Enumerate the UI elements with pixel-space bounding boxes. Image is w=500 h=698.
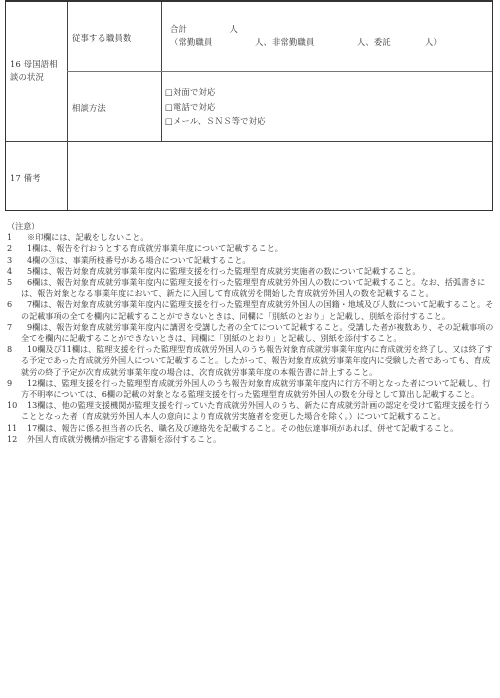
note-item: 3 4欄の③は、事業所枝番号がある場合について記載すること。 <box>5 255 495 266</box>
note-number: 7 <box>5 322 21 344</box>
note-number: 6 <box>5 299 21 321</box>
row-divider-16-sub <box>67 71 492 72</box>
row-divider-17 <box>6 141 492 142</box>
note-number: 4 <box>5 266 21 277</box>
col-divider-2 <box>161 2 162 142</box>
note-number: 3 <box>5 255 21 266</box>
note-item: 4 5欄は、報告対象育成就労事業年度内に監理支援を行った監理型育成就労実施者の数… <box>5 266 495 277</box>
checkbox-in-person[interactable]: □対面で対応 <box>165 85 266 100</box>
note-number: 1 <box>5 232 21 243</box>
report-table: 16 母国語相 談の状況 従事する職員数 合計 人 （常勤職員 人、非常勤職員 … <box>5 0 493 211</box>
staff-count-field[interactable]: 合計 人 （常勤職員 人、非常勤職員 人、委託 人） <box>170 23 442 49</box>
note-number: 11 <box>5 423 21 434</box>
staff-breakdown-line: （常勤職員 人、非常勤職員 人、委託 人） <box>170 36 442 49</box>
note-text: 1欄は、報告を行おうとする育成就労事業年度について記載すること。 <box>21 243 495 254</box>
note-number: 12 <box>5 434 21 445</box>
note-number: 2 <box>5 243 21 254</box>
col-divider-1 <box>67 2 68 210</box>
note-text: 13欄は、他の監理支援機関が監理支援を行っていた育成就労外国人のうち、新たに育成… <box>21 400 495 422</box>
note-item: 5 6欄は、報告対象育成就労事業年度内に監理支援を行った監理型育成就労外国人の数… <box>5 277 495 299</box>
notes-section: （注意） 1 ※印欄には、記載をしないこと。 2 1欄は、報告を行おうとする育成… <box>5 212 495 445</box>
note-item: 11 17欄は、報告に係る担当者の氏名、職名及び連絡先を記載すること。その他伝達… <box>5 423 495 434</box>
checkbox-email-sns[interactable]: □メール、ＳＮＳ等で対応 <box>165 114 266 129</box>
note-item: 7 9欄は、報告対象育成就労事業年度内に講習を受講した者の全てについて記載するこ… <box>5 322 495 344</box>
row16-label: 16 母国語相 談の状況 <box>10 58 58 84</box>
note-text: 9欄は、報告対象育成就労事業年度内に講習を受講した者の全てについて記載すること。… <box>21 322 495 344</box>
note-text: 17欄は、報告に係る担当者の氏名、職名及び連絡先を記載すること。その他伝達事項が… <box>21 423 495 434</box>
note-number: 10 <box>5 400 21 422</box>
note-text: 6欄は、報告対象育成就労事業年度内に監理支援を行った監理型育成就労外国人の数につ… <box>21 277 495 299</box>
note-text: 外国人育成就労機構が指定する書類を添付すること。 <box>21 434 495 445</box>
note-item: 2 1欄は、報告を行おうとする育成就労事業年度について記載すること。 <box>5 243 495 254</box>
staff-count-label: 従事する職員数 <box>72 32 131 45</box>
checkbox-phone[interactable]: □電話で対応 <box>165 100 266 115</box>
note-item: 10 13欄は、他の監理支援機関が監理支援を行っていた育成就労外国人のうち、新た… <box>5 400 495 422</box>
note-item: 9 12欄は、監理支援を行った監理型育成就労外国人のうち報告対象育成就労事業年度… <box>5 378 495 400</box>
note-text: 12欄は、監理支援を行った監理型育成就労外国人のうち報告対象育成就労事業年度内に… <box>21 378 495 400</box>
note-item: 1 ※印欄には、記載をしないこと。 <box>5 232 495 243</box>
row17-label: 17 備考 <box>10 172 41 185</box>
staff-total-line: 合計 人 <box>170 23 442 36</box>
note-text: ※印欄には、記載をしないこと。 <box>21 232 495 243</box>
remarks-field[interactable] <box>69 143 490 209</box>
note-text: 10欄及び11欄は、監理支援を行った監理型育成就労外国人のうち報告対象育成就労事… <box>21 344 495 378</box>
note-text: 5欄は、報告対象育成就労事業年度内に監理支援を行った監理型育成就労実施者の数につ… <box>21 266 495 277</box>
consult-method-label: 相談方法 <box>72 102 106 115</box>
note-item: 12 外国人育成就労機構が指定する書類を添付すること。 <box>5 434 495 445</box>
note-number: 5 <box>5 277 21 299</box>
row16-label-line2: 談の状況 <box>10 71 58 84</box>
note-number: 9 <box>5 378 21 400</box>
note-number: 8 <box>5 344 21 378</box>
note-text: 4欄の③は、事業所枝番号がある場合について記載すること。 <box>21 255 495 266</box>
row16-label-line1: 16 母国語相 <box>10 58 58 71</box>
note-item: 8 10欄及び11欄は、監理支援を行った監理型育成就労外国人のうち報告対象育成就… <box>5 344 495 378</box>
consult-method-options: □対面で対応 □電話で対応 □メール、ＳＮＳ等で対応 <box>165 85 266 129</box>
note-text: 7欄は、報告対象育成就労事業年度内に監理支援を行った監理型育成就労外国人の国籍・… <box>21 299 495 321</box>
note-item: 6 7欄は、報告対象育成就労事業年度内に監理支援を行った監理型育成就労外国人の国… <box>5 299 495 321</box>
notes-heading: （注意） <box>5 221 495 232</box>
